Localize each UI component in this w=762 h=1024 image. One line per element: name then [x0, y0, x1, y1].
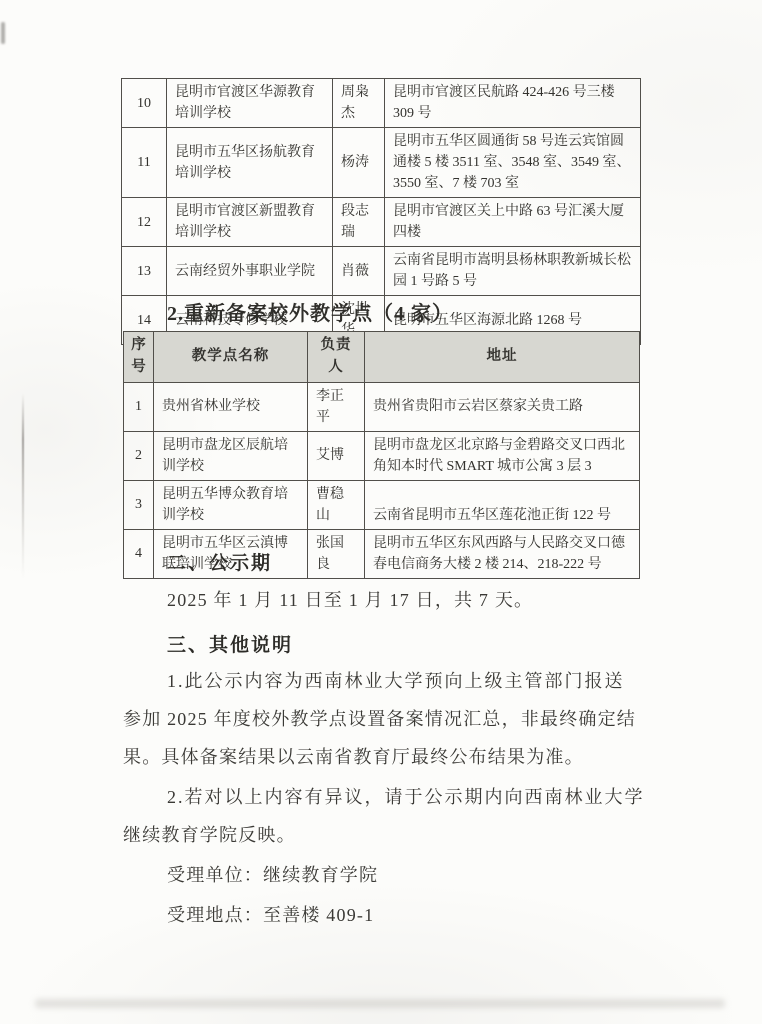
- note1-line2: 参加 2025 年度校外教学点设置备案情况汇总，非最终确定结: [123, 705, 636, 731]
- cell-serial: 4: [124, 529, 154, 578]
- cell-person: 肖薇: [333, 247, 385, 296]
- cell-serial: 11: [122, 128, 167, 198]
- table-row: 11 昆明市五华区扬航教育培训学校 杨涛 昆明市五华区圆通街 58 号连云宾馆圆…: [122, 128, 641, 198]
- cell-person: 李正平: [308, 382, 365, 431]
- table-row: 3 昆明五华博众教育培训学校 曹稳山 云南省昆明市五华区莲花池正街 122 号: [124, 480, 640, 529]
- scan-bottom-shadow: [35, 999, 725, 1008]
- cell-address: 云南省昆明市嵩明县杨林职教新城长松园 1 号路 5 号: [385, 247, 641, 296]
- cell-person: 周枭杰: [333, 79, 385, 128]
- header-address: 地址: [365, 332, 640, 383]
- table-row: 10 昆明市官渡区华源教育培训学校 周枭杰 昆明市官渡区民航路 424-426 …: [122, 79, 641, 128]
- cell-person: 杨涛: [333, 128, 385, 198]
- publicity-period-dates: 2025 年 1 月 11 日至 1 月 17 日，共 7 天。: [167, 586, 533, 612]
- note1-line3: 果。具体备案结果以云南省教育厅最终公布结果为准。: [123, 743, 584, 769]
- accepting-location-line: 受理地点：至善楼 409-1: [167, 901, 374, 927]
- cell-address: 云南省昆明市五华区莲花池正街 122 号: [365, 480, 640, 529]
- cell-school-name: 昆明市官渡区华源教育培训学校: [167, 79, 333, 128]
- section-title-other-notes: 三、其他说明: [167, 630, 293, 657]
- cell-serial: 2: [124, 431, 154, 480]
- cell-person: 张国良: [308, 529, 365, 578]
- document-page: 10 昆明市官渡区华源教育培训学校 周枭杰 昆明市官渡区民航路 424-426 …: [0, 0, 762, 1024]
- cell-serial: 3: [124, 480, 154, 529]
- cell-serial: 13: [122, 247, 167, 296]
- cell-address: 昆明市盘龙区北京路与金碧路交叉口西北角知本时代 SMART 城市公寓 3 层 3: [365, 431, 640, 480]
- cell-address: 昆明市五华区圆通街 58 号连云宾馆圆通楼 5 楼 3511 室、3548 室、…: [385, 128, 641, 198]
- table-header-row: 序号 教学点名称 负责人 地址: [124, 332, 640, 383]
- cell-address: 昆明市官渡区关上中路 63 号汇溪大厦四楼: [385, 198, 641, 247]
- cell-school-name: 昆明五华博众教育培训学校: [154, 480, 308, 529]
- accepting-unit-line: 受理单位：继续教育学院: [167, 861, 378, 887]
- cell-person: 段志瑞: [333, 198, 385, 247]
- cell-school-name: 昆明市官渡区新盟教育培训学校: [167, 198, 333, 247]
- cell-school-name: 云南经贸外事职业学院: [167, 247, 333, 296]
- header-name: 教学点名称: [154, 332, 308, 383]
- subsection-heading-refiled-points: 2.重新备案校外教学点（4 家）: [167, 297, 453, 326]
- cell-address: 贵州省贵阳市云岩区蔡家关贵工路: [365, 382, 640, 431]
- note2-line1: 2.若对以上内容有异议，请于公示期内向西南林业大学: [167, 783, 645, 809]
- cell-person: 曹稳山: [308, 480, 365, 529]
- cell-address: 昆明市官渡区民航路 424-426 号三楼 309 号: [385, 79, 641, 128]
- cell-person: 艾博: [308, 431, 365, 480]
- table-row: 13 云南经贸外事职业学院 肖薇 云南省昆明市嵩明县杨林职教新城长松园 1 号路…: [122, 247, 641, 296]
- table-row: 1 贵州省林业学校 李正平 贵州省贵阳市云岩区蔡家关贵工路: [124, 382, 640, 431]
- cell-school-name: 昆明市盘龙区辰航培训学校: [154, 431, 308, 480]
- header-serial: 序号: [124, 332, 154, 383]
- refiled-teaching-points-table: 序号 教学点名称 负责人 地址 1 贵州省林业学校 李正平 贵州省贵阳市云岩区蔡…: [123, 331, 640, 579]
- cell-address: 昆明市五华区东风西路与人民路交叉口德春电信商务大楼 2 楼 214、218-22…: [365, 529, 640, 578]
- cell-serial: 10: [122, 79, 167, 128]
- cell-serial: 1: [124, 382, 154, 431]
- scan-edge-artifact: [1, 22, 5, 44]
- paper-crease-line: [22, 393, 24, 578]
- cell-serial: 12: [122, 198, 167, 247]
- cell-school-name: 昆明市五华区扬航教育培训学校: [167, 128, 333, 198]
- header-person: 负责人: [308, 332, 365, 383]
- table-row: 2 昆明市盘龙区辰航培训学校 艾博 昆明市盘龙区北京路与金碧路交叉口西北角知本时…: [124, 431, 640, 480]
- note1-line1: 1.此公示内容为西南林业大学预向上级主管部门报送: [167, 667, 625, 693]
- note2-line2: 继续教育学院反映。: [123, 821, 296, 847]
- section-title-publicity-period: 二、公示期: [167, 548, 272, 575]
- table-row: 12 昆明市官渡区新盟教育培训学校 段志瑞 昆明市官渡区关上中路 63 号汇溪大…: [122, 198, 641, 247]
- cell-school-name: 贵州省林业学校: [154, 382, 308, 431]
